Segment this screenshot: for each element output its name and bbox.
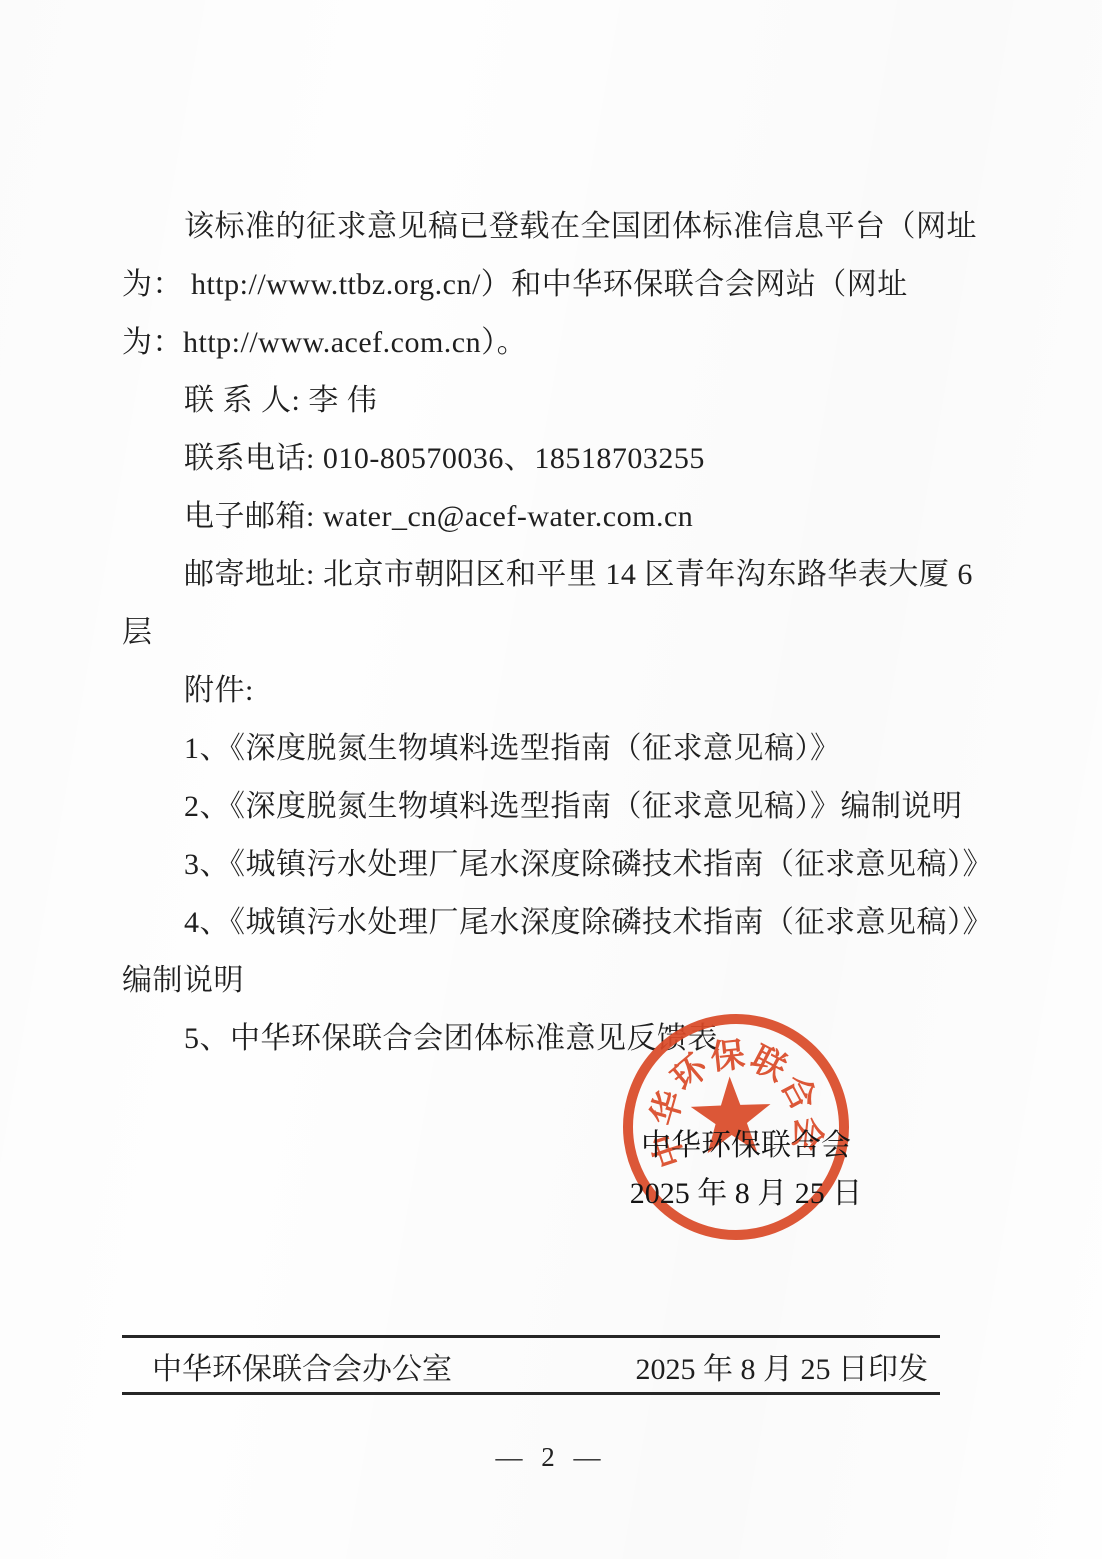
footer-rule-top (122, 1335, 940, 1338)
footer-print-date: 2025 年 8 月 25 日印发 (636, 1344, 929, 1388)
mailing-address-line: 邮寄地址: 北京市朝阳区和平里 14 区青年沟东路华表大厦 6 (122, 546, 978, 604)
contact-person-line: 联 系 人: 李 伟 (122, 372, 978, 430)
attachment-item: 4、《城镇污水处理厂尾水深度除磷技术指南（征求意见稿）》 (122, 894, 978, 952)
contact-phone-line: 联系电话: 010-80570036、18518703255 (122, 430, 978, 488)
page-number: — 2 — (0, 1442, 1102, 1473)
document-page: 该标准的征求意见稿已登载在全国团体标准信息平台（网址 为： http://www… (0, 0, 1102, 1559)
signature-date: 2025 年 8 月 25 日 (596, 1170, 896, 1218)
attachment-item: 1、《深度脱氮生物填料选型指南（征求意见稿）》 (122, 720, 978, 778)
body-line: 为： http://www.ttbz.org.cn/）和中华环保联合会网站（网址 (122, 256, 978, 314)
attachment-item: 2、《深度脱氮生物填料选型指南（征求意见稿）》编制说明 (122, 778, 978, 836)
footer-office: 中华环保联合会办公室 (152, 1344, 452, 1388)
body-line: 为：http://www.acef.com.cn）。 (122, 314, 978, 372)
signature-block: 中华环保联合会 2025 年 8 月 25 日 (596, 1122, 896, 1218)
attachments-heading: 附件: (122, 662, 978, 720)
mailing-address-line: 层 (122, 604, 978, 662)
document-body: 该标准的征求意见稿已登载在全国团体标准信息平台（网址 为： http://www… (122, 198, 978, 1068)
contact-email-line: 电子邮箱: water_cn@acef-water.com.cn (122, 488, 978, 546)
attachment-item: 3、《城镇污水处理厂尾水深度除磷技术指南（征求意见稿）》 (122, 836, 978, 894)
footer-rule-bottom (122, 1392, 940, 1395)
signature-org: 中华环保联合会 (596, 1122, 896, 1170)
body-line: 该标准的征求意见稿已登载在全国团体标准信息平台（网址 (122, 198, 978, 256)
footer: 中华环保联合会办公室 2025 年 8 月 25 日印发 (122, 1343, 940, 1389)
